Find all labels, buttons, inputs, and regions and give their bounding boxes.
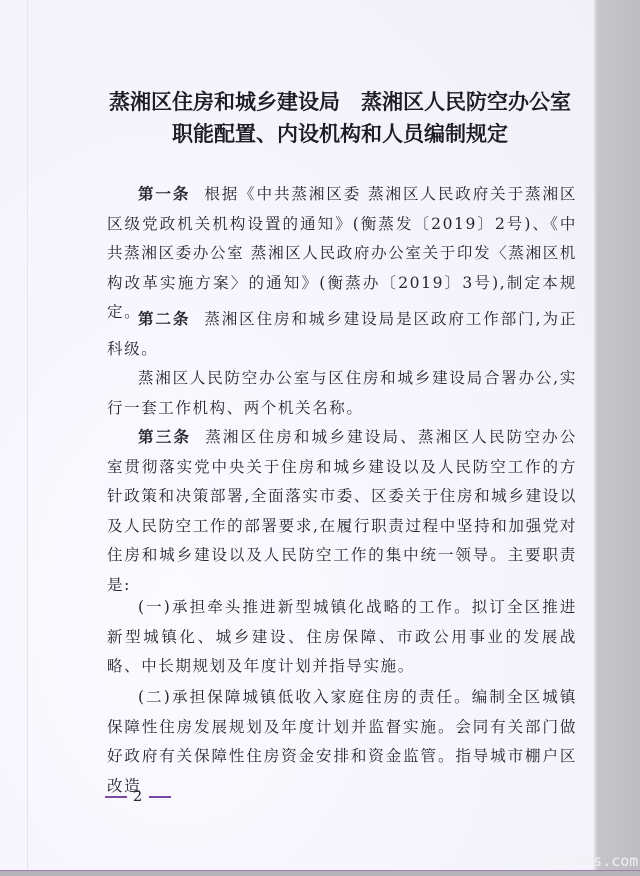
article-number: 第二条 [138, 310, 190, 328]
page-number-dash-left [105, 796, 127, 798]
article-3-paragraph: 第三条蒸湘区住房和城乡建设局、蒸湘区人民防空办公室贯彻落实党中央关于住房和城乡建… [107, 423, 577, 600]
article-number: 第三条 [138, 428, 191, 446]
article-number: 第一条 [138, 185, 190, 203]
watermark-text: paiwas.com [548, 852, 638, 870]
scanner-bottom-edge [0, 870, 640, 876]
scan-edge-line [27, 0, 28, 870]
paragraph-text: 蒸湘区人民防空办公室与区住房和城乡建设局合署办公,实行一套工作机构、两个机关名称… [107, 369, 577, 417]
duty-item-1-paragraph: (一)承担牵头推进新型城镇化战略的工作。拟订全区推进新型城镇化、城乡建设、住房保… [107, 593, 577, 682]
duty-item-2-paragraph: (二)承担保障城镇低收入家庭住房的责任。编制全区城镇保障性住房发展规划及年度计划… [107, 683, 577, 801]
document-title-line-1: 蒸湘区住房和城乡建设局 蒸湘区人民防空办公室 [100, 86, 580, 116]
article-2-paragraph: 第二条蒸湘区住房和城乡建设局是区政府工作部门,为正科级。 [107, 305, 577, 364]
paragraph-text: (一)承担牵头推进新型城镇化战略的工作。拟订全区推进新型城镇化、城乡建设、住房保… [107, 598, 577, 675]
document-title-line-2: 职能配置、内设机构和人员编制规定 [100, 118, 580, 148]
scanner-background-strip [594, 0, 640, 876]
paragraph-text: 蒸湘区住房和城乡建设局、蒸湘区人民防空办公室贯彻落实党中央关于住房和城乡建设以及… [107, 428, 577, 594]
page-number-value: 2 [133, 787, 144, 805]
page-number: 2 [105, 787, 171, 805]
paragraph-text: (二)承担保障城镇低收入家庭住房的责任。编制全区城镇保障性住房发展规划及年度计划… [107, 688, 577, 795]
page-number-dash-right [149, 796, 171, 798]
article-2-continuation-paragraph: 蒸湘区人民防空办公室与区住房和城乡建设局合署办公,实行一套工作机构、两个机关名称… [107, 364, 577, 423]
scanned-page: 蒸湘区住房和城乡建设局 蒸湘区人民防空办公室 职能配置、内设机构和人员编制规定 … [0, 0, 594, 870]
paragraph-text: 根据《中共蒸湘区委 蒸湘区人民政府关于蒸湘区区级党政机关机构设置的通知》(衡蒸发… [107, 185, 577, 321]
